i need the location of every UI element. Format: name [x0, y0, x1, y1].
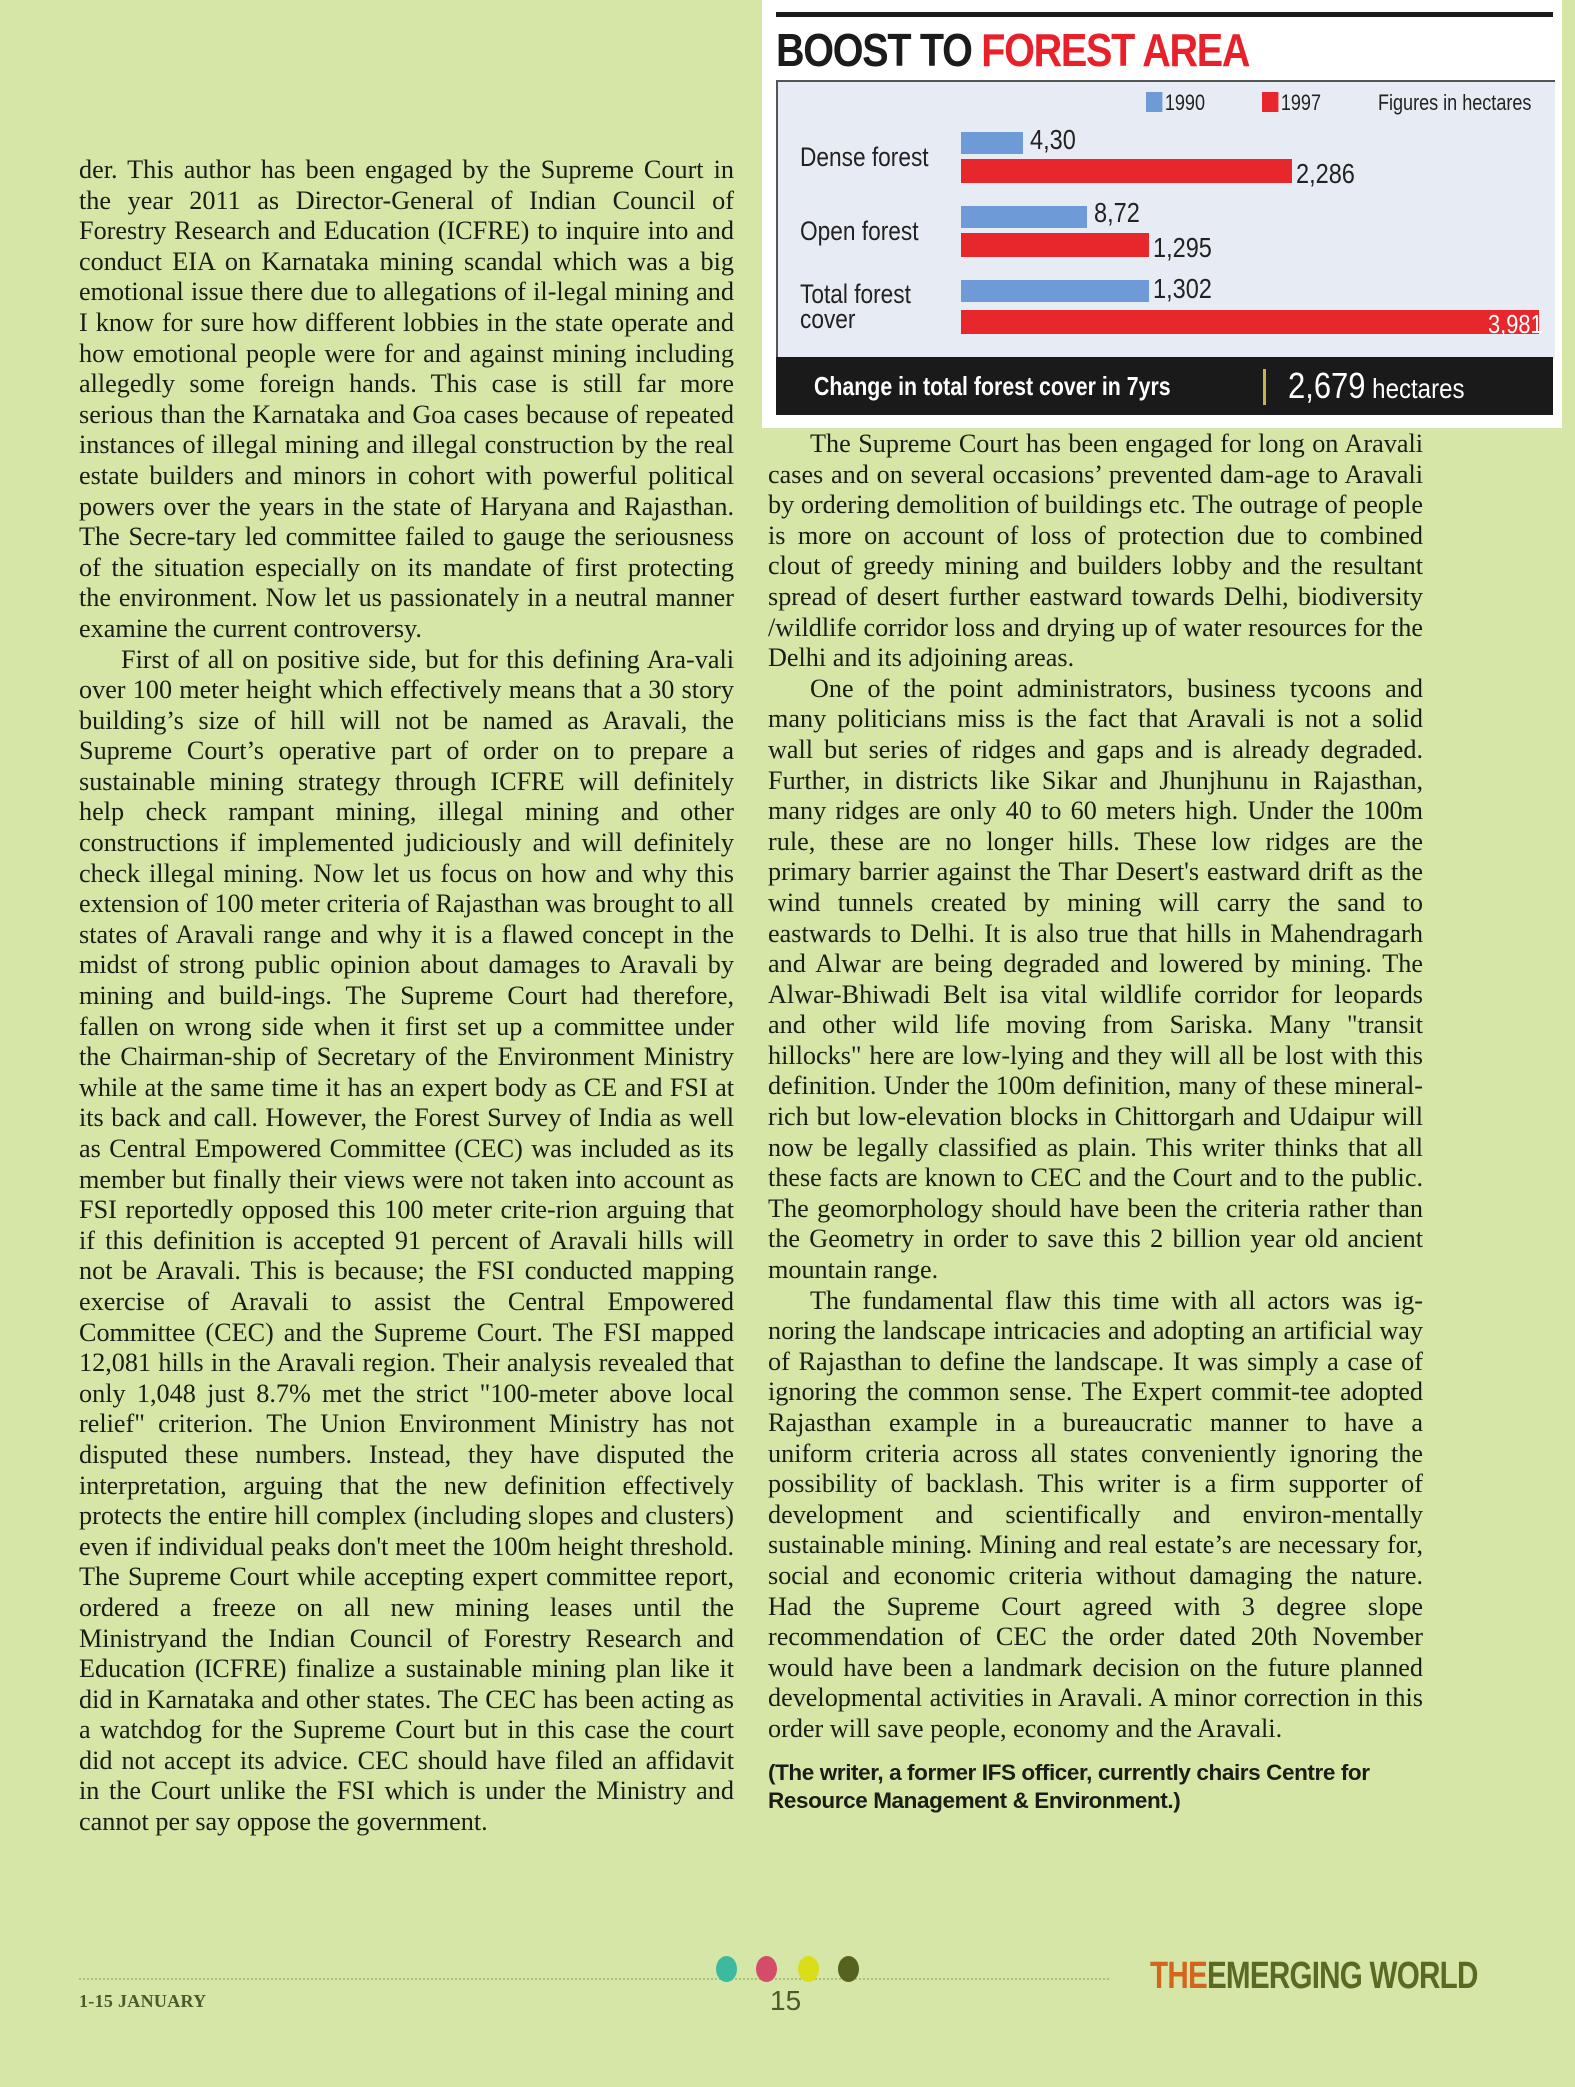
value-label: 1,295	[1153, 234, 1212, 262]
category-label: Total forestcover	[800, 282, 911, 332]
logo-part-orange: THE	[1150, 1955, 1207, 1997]
article-paragraph: The Supreme Court has been engaged for l…	[768, 429, 1423, 674]
bar-total-1997	[961, 310, 1539, 334]
infographic-top-rule	[776, 12, 1553, 17]
chart-panel: 1990 1997 Figures in hectares Dense fore…	[776, 80, 1555, 359]
decorative-dot-pink-icon	[756, 1956, 777, 1982]
footer-divider	[79, 1978, 1109, 1980]
value-label: 8,72	[1094, 199, 1140, 227]
logo-part-green: EMERGING WORLD	[1207, 1955, 1478, 1997]
value-label: 3,981	[1488, 310, 1543, 338]
legend-label: 1990	[1165, 90, 1205, 115]
value-label: 4,30	[1030, 126, 1076, 154]
legend-1990: 1990	[1146, 90, 1205, 116]
legend-swatch-red-icon	[1262, 92, 1278, 112]
decorative-dot-olive-icon	[838, 1956, 859, 1982]
summary-divider	[1263, 369, 1266, 405]
value-label: 1,302	[1153, 275, 1212, 303]
article-column-right: The Supreme Court has been engaged for l…	[768, 429, 1423, 1815]
bar-dense-1990	[961, 132, 1023, 154]
page-number: 15	[770, 1985, 801, 2017]
article-paragraph: The fundamental flaw this time with all …	[768, 1286, 1423, 1745]
summary-label: Change in total forest cover in 7yrs	[814, 371, 1171, 402]
value-label: 2,286	[1296, 160, 1355, 188]
issue-date: 1-15 JANUARY	[79, 1991, 206, 2012]
summary-value: 2,679 hectares	[1288, 365, 1465, 407]
bar-open-1990	[961, 206, 1087, 228]
legend-label: 1997	[1281, 90, 1321, 115]
legend-swatch-blue-icon	[1146, 92, 1162, 112]
summary-number: 2,679	[1288, 365, 1365, 406]
summary-unit: hectares	[1365, 373, 1464, 404]
article-column-left: der. This author has been engaged by the…	[79, 155, 734, 1838]
bar-open-1997	[961, 233, 1149, 257]
article-paragraph: der. This author has been engaged by the…	[79, 155, 734, 645]
category-label: Dense forest	[800, 144, 929, 171]
article-paragraph: First of all on positive side, but for t…	[79, 645, 734, 1838]
category-label: Open forest	[800, 218, 919, 245]
infographic-summary-bar: Change in total forest cover in 7yrs 2,6…	[776, 357, 1553, 415]
publication-logo: THEEMERGING WORLD	[1150, 1955, 1478, 1998]
bar-dense-1997	[961, 159, 1292, 183]
units-note: Figures in hectares	[1378, 90, 1531, 116]
bar-total-1990	[961, 280, 1149, 302]
category-label-line: cover	[800, 304, 855, 334]
decorative-dot-teal-icon	[716, 1956, 737, 1982]
infographic-title: BOOST TO FOREST AREA	[776, 22, 1249, 78]
forest-area-infographic: BOOST TO FOREST AREA 1990 1997 Figures i…	[762, 0, 1562, 428]
title-part-red: FOREST AREA	[981, 24, 1249, 76]
title-part-black: BOOST TO	[776, 24, 981, 76]
author-byline: (The writer, a former IFS officer, curre…	[768, 1759, 1423, 1815]
article-paragraph: One of the point administrators, busines…	[768, 674, 1423, 1286]
legend-1997: 1997	[1262, 90, 1321, 116]
decorative-dot-yellow-icon	[798, 1956, 819, 1982]
